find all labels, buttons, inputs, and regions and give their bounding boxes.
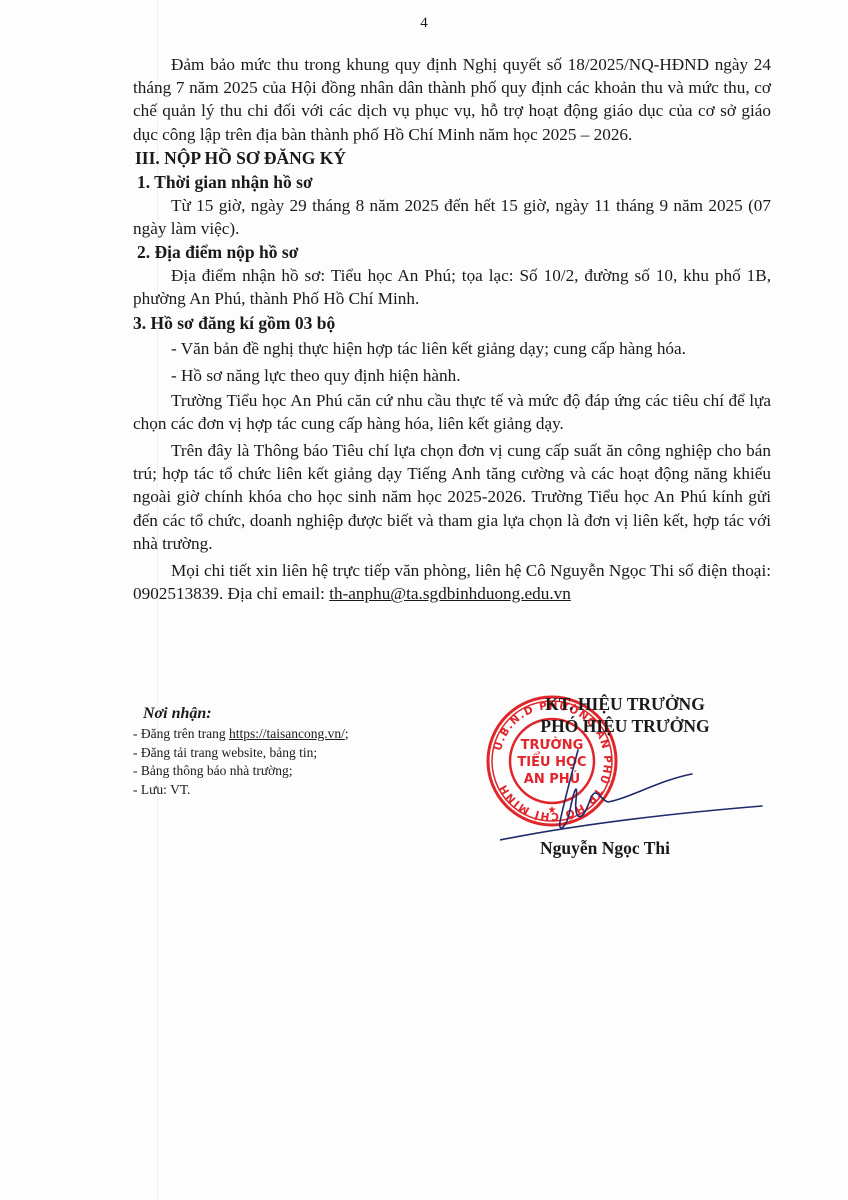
- document-page: 4 Đảm bảo mức thu trong khung quy định N…: [0, 0, 848, 1200]
- page-number: 4: [0, 15, 848, 32]
- recipient-item: - Đăng trên trang https://taisancong.vn/…: [133, 725, 349, 744]
- subsection-heading-1: 1. Thời gian nhận hồ sơ: [137, 170, 771, 194]
- signature-role-block: KT. HIỆU TRƯỞNG PHÓ HIỆU TRƯỞNG: [505, 693, 745, 737]
- recipient-item: - Đăng tải trang website, bảng tin;: [133, 744, 349, 763]
- submission-location-text: Địa điểm nhận hồ sơ: Tiểu học An Phú; tọ…: [133, 264, 771, 310]
- recipient-item: - Bảng thông báo nhà trường;: [133, 762, 349, 781]
- recipient-text: - Đăng trên trang: [133, 726, 229, 741]
- handwritten-signature-icon: [500, 740, 770, 850]
- recipient-suffix: ;: [345, 726, 349, 741]
- dossier-item: - Văn bản đề nghị thực hiện hợp tác liên…: [133, 335, 771, 362]
- closing-paragraph: Trên đây là Thông báo Tiêu chí lựa chọn …: [133, 439, 771, 555]
- subsection-heading-3: 3. Hồ sơ đăng kí gồm 03 bộ: [133, 311, 771, 335]
- subsection-heading-2: 2. Địa điểm nộp hồ sơ: [137, 240, 771, 264]
- submission-time-text: Từ 15 giờ, ngày 29 tháng 8 năm 2025 đến …: [133, 194, 771, 240]
- section-heading: III. NỘP HỒ SƠ ĐĂNG KÝ: [135, 146, 771, 170]
- selection-criteria-text: Trường Tiểu học An Phú căn cứ nhu cầu th…: [133, 389, 771, 435]
- intro-paragraph: Đảm bảo mức thu trong khung quy định Ngh…: [133, 53, 771, 146]
- recipients-title: Nơi nhận:: [143, 703, 349, 725]
- signature-role-line2: PHÓ HIỆU TRƯỞNG: [505, 715, 745, 737]
- contact-paragraph: Mọi chi tiết xin liên hệ trực tiếp văn p…: [133, 559, 771, 605]
- contact-email-link[interactable]: th-anphu@ta.sgdbinhduong.edu.vn: [329, 584, 571, 603]
- document-body: Đảm bảo mức thu trong khung quy định Ngh…: [133, 53, 771, 605]
- signature-role-line1: KT. HIỆU TRƯỞNG: [505, 693, 745, 715]
- recipient-item: - Lưu: VT.: [133, 781, 349, 800]
- signer-name: Nguyễn Ngọc Thi: [540, 838, 670, 859]
- recipients-block: Nơi nhận: - Đăng trên trang https://tais…: [133, 703, 349, 799]
- dossier-item: - Hồ sơ năng lực theo quy định hiện hành…: [133, 362, 771, 389]
- taisancong-link[interactable]: https://taisancong.vn/: [229, 726, 345, 741]
